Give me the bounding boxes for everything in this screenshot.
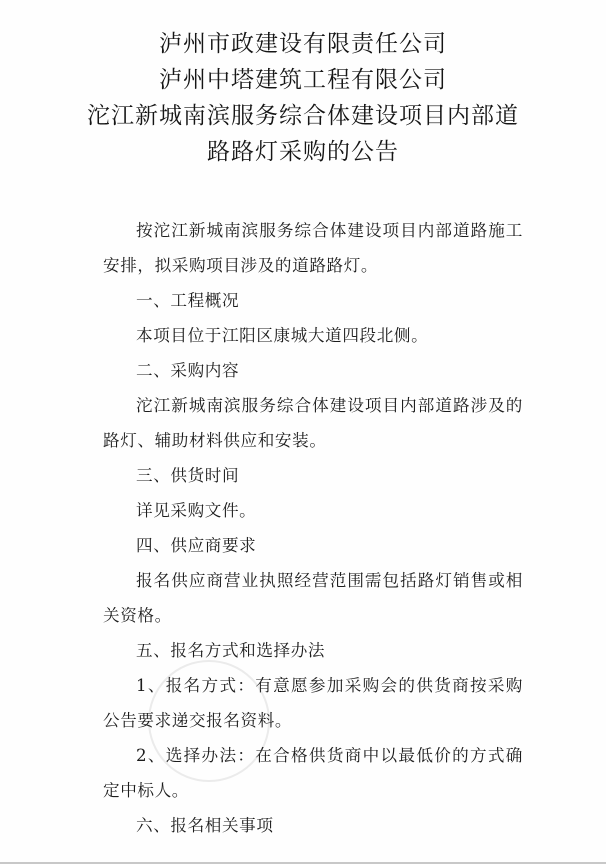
title-line-subject-1: 沱江新城南滨服务综合体建设项目内部道 — [0, 98, 606, 134]
registration-method-item-2: 2、选择办法：在合格供货商中以最低价的方式确定中标人。 — [103, 738, 523, 808]
intro-paragraph: 按沱江新城南滨服务综合体建设项目内部道路施工安排，拟采购项目涉及的道路路灯。 — [103, 213, 523, 283]
section-heading-procurement-content: 二、采购内容 — [103, 353, 523, 388]
section-heading-overview: 一、工程概况 — [103, 283, 523, 318]
title-line-subject-2: 路路灯采购的公告 — [0, 134, 606, 170]
document-body: 按沱江新城南滨服务综合体建设项目内部道路施工安排，拟采购项目涉及的道路路灯。 一… — [103, 213, 523, 843]
section-heading-supplier-requirements: 四、供应商要求 — [103, 528, 523, 563]
section-heading-registration-method: 五、报名方式和选择办法 — [103, 633, 523, 668]
section-heading-registration-matters: 六、报名相关事项 — [103, 808, 523, 843]
supplier-requirements-paragraph: 报名供应商营业执照经营范围需包括路灯销售或相关资格。 — [103, 563, 523, 633]
overview-paragraph: 本项目位于江阳区康城大道四段北侧。 — [103, 318, 523, 353]
supply-time-paragraph: 详见采购文件。 — [103, 493, 523, 528]
title-line-company-2: 泸州中塔建筑工程有限公司 — [0, 62, 606, 98]
document-title: 泸州市政建设有限责任公司 泸州中塔建筑工程有限公司 沱江新城南滨服务综合体建设项… — [0, 26, 606, 170]
procurement-content-paragraph: 沱江新城南滨服务综合体建设项目内部道路涉及的路灯、辅助材料供应和安装。 — [103, 388, 523, 458]
title-line-company-1: 泸州市政建设有限责任公司 — [0, 26, 606, 62]
section-heading-supply-time: 三、供货时间 — [103, 458, 523, 493]
document-page: 泸州市政建设有限责任公司 泸州中塔建筑工程有限公司 沱江新城南滨服务综合体建设项… — [0, 0, 606, 862]
registration-method-item-1: 1、报名方式：有意愿参加采购会的供货商按采购公告要求递交报名资料。 — [103, 668, 523, 738]
